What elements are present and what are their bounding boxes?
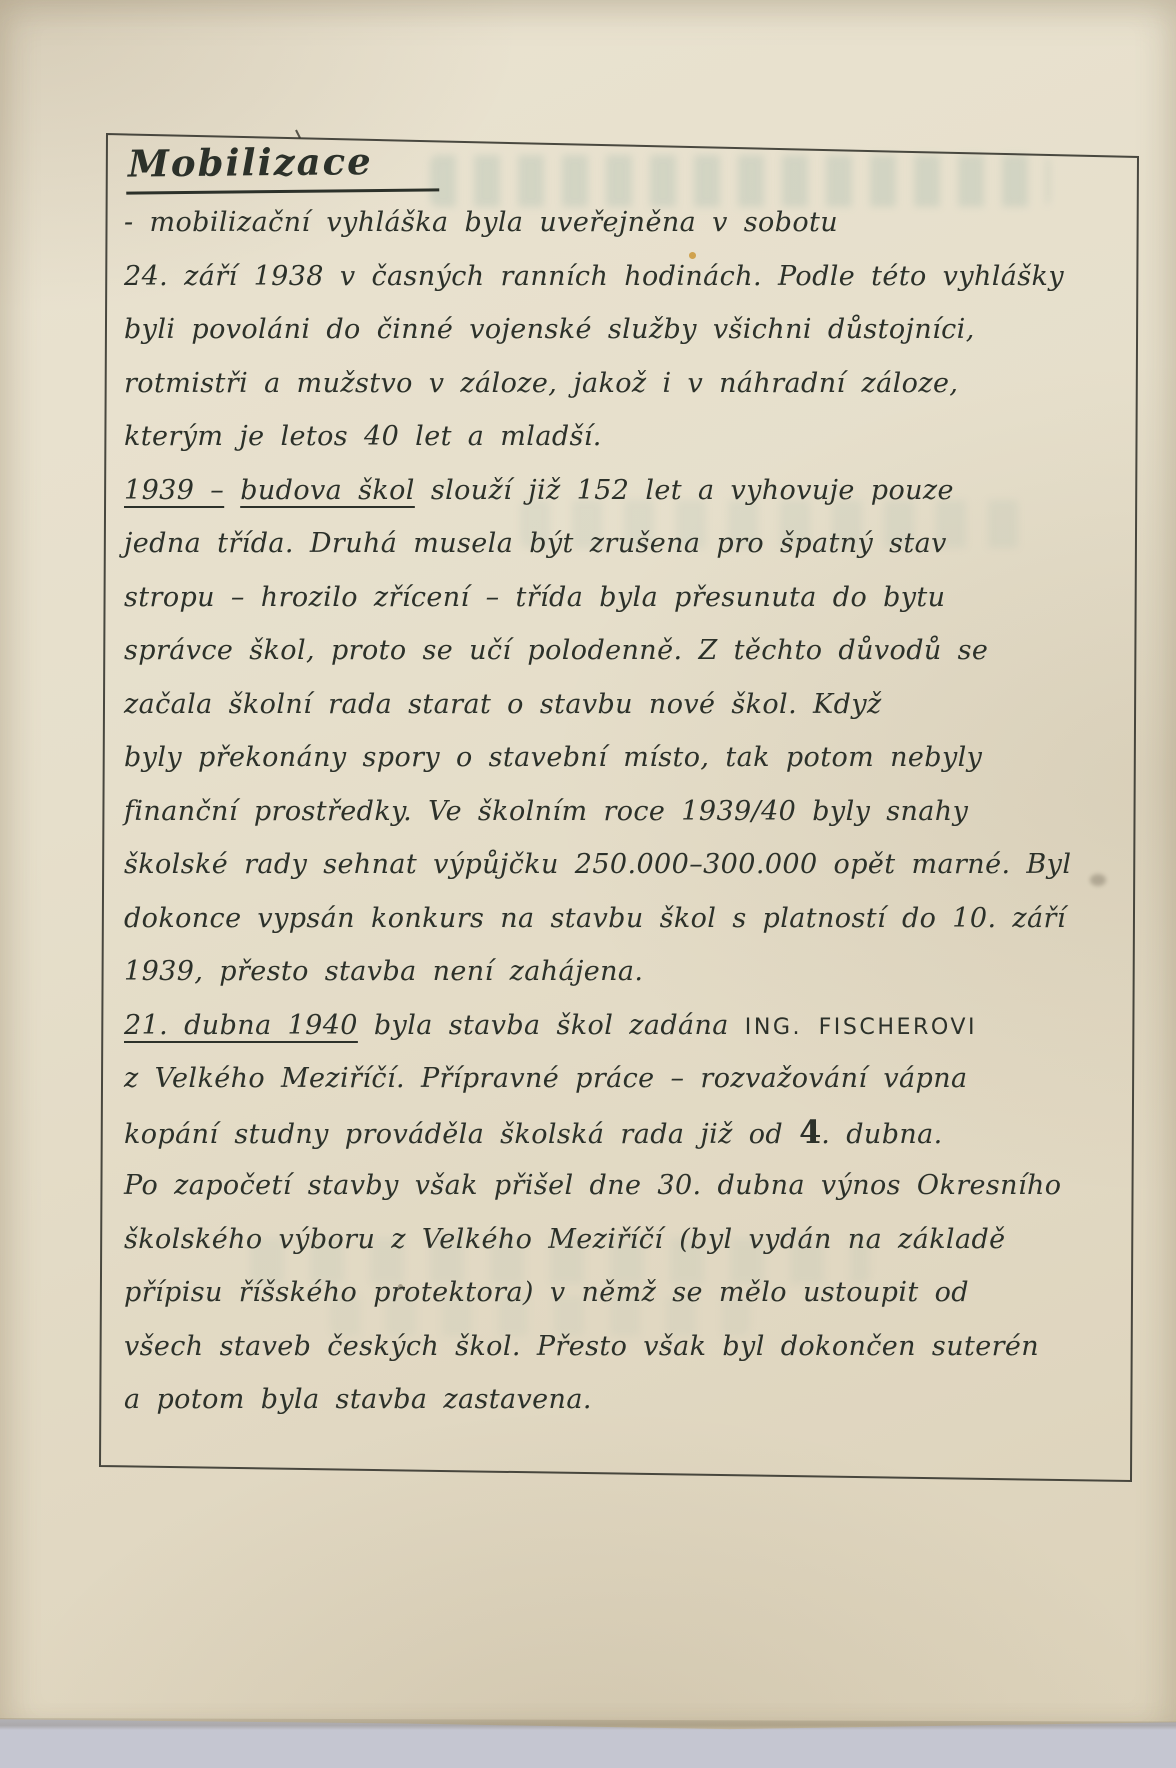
- text-line: - mobilizační vyhláška byla uveřejněna v…: [124, 196, 1134, 250]
- chronicle-page-scan: Mobilizace - mobilizační vyhláška byla u…: [0, 0, 1176, 1768]
- text-line: školské rady sehnat výpůjčku 250.000–300…: [124, 838, 1134, 892]
- text-run: Po započetí stavby však přišel dne 30. d…: [124, 1170, 1061, 1201]
- text-run: . dubna.: [821, 1119, 942, 1150]
- handwritten-text: - mobilizační vyhláška byla uveřejněna v…: [124, 196, 1134, 1427]
- text-run: 1939, přesto stavba není zahájena.: [124, 956, 643, 987]
- text-line: 1939 – budova škol slouží již 152 let a …: [124, 464, 1134, 518]
- page-title: Mobilizace: [126, 138, 439, 194]
- text-line: Po započetí stavby však přišel dne 30. d…: [124, 1159, 1134, 1213]
- text-run: slouží již 152 let a vyhovuje pouze: [415, 475, 954, 506]
- text-line: a potom byla stavba zastavena.: [124, 1373, 1134, 1427]
- text-run: školského výboru z Velkého Meziříčí (byl…: [124, 1224, 1006, 1255]
- text-run: [224, 475, 240, 506]
- text-run: 21. dubna 1940: [124, 1010, 358, 1041]
- text-run: přípisu říšského protektora) v němž se m…: [124, 1277, 969, 1308]
- text-run: 1939 –: [124, 475, 224, 506]
- text-run: jedna třída. Druhá musela být zrušena pr…: [124, 528, 947, 559]
- text-line: kterým je letos 40 let a mladší.: [124, 410, 1134, 464]
- text-run: školské rady sehnat výpůjčku 250.000–300…: [124, 849, 1071, 880]
- text-line: z Velkého Meziříčí. Přípravné práce – ro…: [124, 1052, 1134, 1106]
- text-run: byla stavba škol zadána: [358, 1010, 745, 1041]
- text-line: přípisu říšského protektora) v němž se m…: [124, 1266, 1134, 1320]
- text-line: stropu – hrozilo zřícení – třída byla př…: [124, 571, 1134, 625]
- text-run: rotmistři a mužstvo v záloze, jakož i v …: [124, 368, 958, 399]
- text-line: 1939, přesto stavba není zahájena.: [124, 945, 1134, 999]
- text-line: byly překonány spory o stavební místo, t…: [124, 731, 1134, 785]
- text-line: správce škol, proto se učí polodenně. Z …: [124, 624, 1134, 678]
- text-run: stropu – hrozilo zřícení – třída byla př…: [124, 582, 945, 613]
- text-line: kopání studny prováděla školská rada již…: [124, 1106, 1134, 1160]
- text-run: všech staveb českých škol. Přesto však b…: [124, 1331, 1039, 1362]
- text-line: 21. dubna 1940 byla stavba škol zadána I…: [124, 999, 1134, 1053]
- text-run: a potom byla stavba zastavena.: [124, 1384, 592, 1415]
- text-line: 24. září 1938 v časných ranních hodinách…: [124, 250, 1134, 304]
- text-line: všech staveb českých škol. Přesto však b…: [124, 1320, 1134, 1374]
- text-run: finanční prostředky. Ve školním roce 193…: [124, 796, 968, 827]
- text-line: byli povoláni do činné vojenské služby v…: [124, 303, 1134, 357]
- text-line: školského výboru z Velkého Meziříčí (byl…: [124, 1213, 1134, 1267]
- text-run: 4: [799, 1113, 821, 1151]
- text-line: finanční prostředky. Ve školním roce 193…: [124, 785, 1134, 839]
- text-line: jedna třída. Druhá musela být zrušena pr…: [124, 517, 1134, 571]
- text-line: začala školní rada starat o stavbu nové …: [124, 678, 1134, 732]
- text-run: z Velkého Meziříčí. Přípravné práce – ro…: [124, 1063, 968, 1094]
- text-run: ING. FISCHEROVI: [745, 1014, 977, 1040]
- text-run: začala školní rada starat o stavbu nové …: [124, 689, 882, 720]
- text-run: správce škol, proto se učí polodenně. Z …: [124, 635, 988, 666]
- text-line: dokonce vypsán konkurs na stavbu škol s …: [124, 892, 1134, 946]
- text-line: rotmistři a mužstvo v záloze, jakož i v …: [124, 357, 1134, 411]
- text-run: dokonce vypsán konkurs na stavbu škol s …: [124, 903, 1066, 934]
- text-run: byli povoláni do činné vojenské služby v…: [124, 314, 975, 345]
- text-run: 24. září 1938 v časných ranních hodinách…: [124, 261, 1064, 292]
- text-run: kopání studny prováděla školská rada již…: [124, 1119, 799, 1150]
- text-run: byly překonány spory o stavební místo, t…: [124, 742, 982, 773]
- text-run: - mobilizační vyhláška byla uveřejněna v…: [124, 207, 838, 238]
- text-run: budova škol: [240, 475, 415, 506]
- text-run: kterým je letos 40 let a mladší.: [124, 421, 602, 452]
